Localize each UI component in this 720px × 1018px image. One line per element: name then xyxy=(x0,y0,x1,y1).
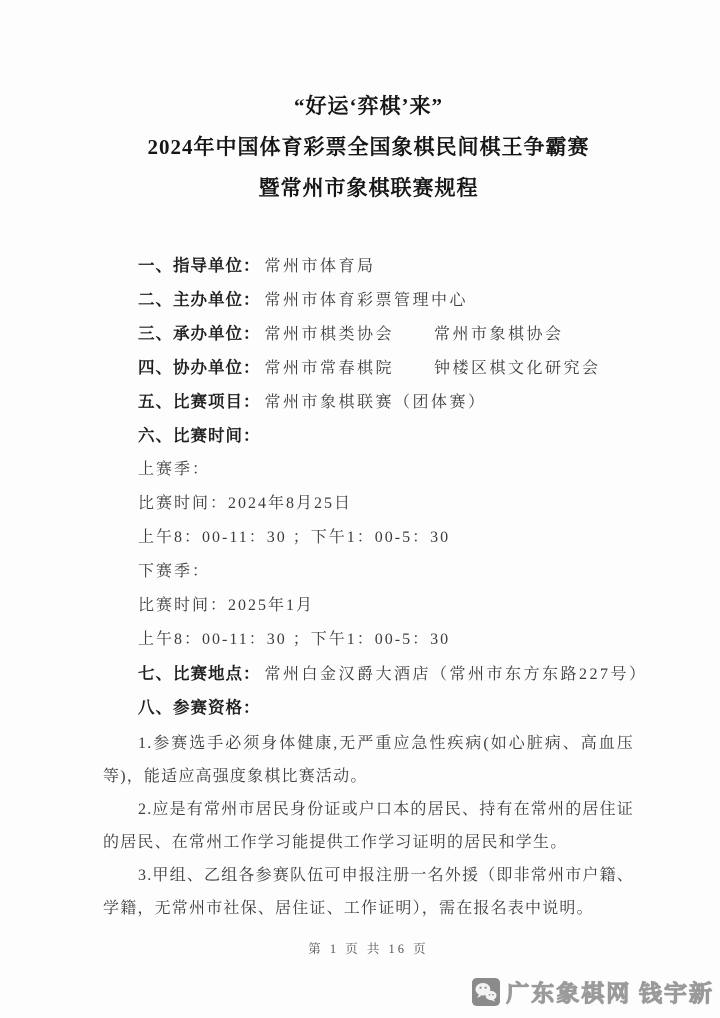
title-line-1: “好运‘弈棋’来” xyxy=(103,86,634,127)
item-label: 八、参赛资格： xyxy=(138,699,261,717)
schedule-first-season: 上赛季： xyxy=(103,453,634,487)
org-item-value: 常州市棋类协会 xyxy=(265,326,395,343)
eligibility-paragraph-2: 2.应是有常州市居民身份证或户口本的居民、持有在常州的居住证的居民、在常州工作学… xyxy=(103,793,634,859)
org-item-label: 一、指导单位： xyxy=(138,257,261,275)
schedule-first-season-date: 比赛时间：2024年8月25日 xyxy=(103,487,634,521)
org-item-value-2: 常州市象棋协会 xyxy=(434,326,564,343)
eligibility-paragraph-1: 1.参赛选手必须身体健康,无严重应急性疾病(如心脏病、高血压等)，能适应高强度象… xyxy=(103,727,634,793)
title-line-3: 暨常州市象棋联赛规程 xyxy=(103,168,634,209)
eligibility-paragraphs: 1.参赛选手必须身体健康,无严重应急性疾病(如心脏病、高血压等)，能适应高强度象… xyxy=(103,727,634,925)
item-value: 常州白金汉爵大酒店（常州市东方东路227号） xyxy=(265,666,648,683)
document-page: “好运‘弈棋’来” 2024年中国体育彩票全国象棋民间棋王争霸赛 暨常州市象棋联… xyxy=(0,0,720,1018)
org-item-value: 常州市常春棋院 xyxy=(265,360,395,377)
item-label: 六、比赛时间： xyxy=(138,427,261,445)
org-item-co-organizer-unit: 四、协办单位：常州市常春棋院钟楼区棋文化研究会 xyxy=(103,351,634,385)
org-item-value: 常州市体育局 xyxy=(265,258,376,275)
watermark-text: 广东象棋网 钱宇新 xyxy=(506,975,714,1008)
org-item-organizer-unit: 三、承办单位：常州市棋类协会常州市象棋协会 xyxy=(103,317,634,351)
org-item-value: 常州市体育彩票管理中心 xyxy=(265,292,469,309)
item-value: 常州市象棋联赛（团体赛） xyxy=(265,394,487,411)
org-item-guidance-unit: 一、指导单位：常州市体育局 xyxy=(103,249,634,283)
org-item-label: 三、承办单位： xyxy=(138,325,261,343)
org-item-label: 四、协办单位： xyxy=(138,359,261,377)
schedule-second-season-date: 比赛时间：2025年1月 xyxy=(103,589,634,623)
item-label: 七、比赛地点： xyxy=(138,665,261,683)
schedule-second-season: 下赛季： xyxy=(103,555,634,589)
page-number-footer: 第 1 页 共 16 页 xyxy=(103,939,634,957)
schedule-first-season-hours: 上午8：00-11：30 ；下午1：00-5：30 xyxy=(103,521,634,555)
document-body: 一、指导单位：常州市体育局 二、主办单位：常州市体育彩票管理中心 三、承办单位：… xyxy=(103,249,634,725)
item-label: 五、比赛项目： xyxy=(138,393,261,411)
watermark: 广东象棋网 钱宇新 xyxy=(472,975,714,1008)
eligibility-paragraph-3: 3.甲组、乙组各参赛队伍可申报注册一名外援（即非常州市户籍、学籍，无常州市社保、… xyxy=(103,859,634,925)
org-item-value-2: 钟楼区棋文化研究会 xyxy=(434,360,601,377)
item-competition-event: 五、比赛项目：常州市象棋联赛（团体赛） xyxy=(103,385,634,419)
schedule-second-season-hours: 上午8：00-11：30 ；下午1：00-5：30 xyxy=(103,623,634,657)
org-item-host-unit: 二、主办单位：常州市体育彩票管理中心 xyxy=(103,283,634,317)
item-competition-venue: 七、比赛地点：常州白金汉爵大酒店（常州市东方东路227号） xyxy=(103,657,634,691)
document-title: “好运‘弈棋’来” 2024年中国体育彩票全国象棋民间棋王争霸赛 暨常州市象棋联… xyxy=(103,0,634,209)
wechat-icon xyxy=(472,978,500,1006)
item-eligibility: 八、参赛资格： xyxy=(103,691,634,725)
title-line-2: 2024年中国体育彩票全国象棋民间棋王争霸赛 xyxy=(103,127,634,168)
item-competition-time: 六、比赛时间： xyxy=(103,419,634,453)
org-item-label: 二、主办单位： xyxy=(138,291,261,309)
